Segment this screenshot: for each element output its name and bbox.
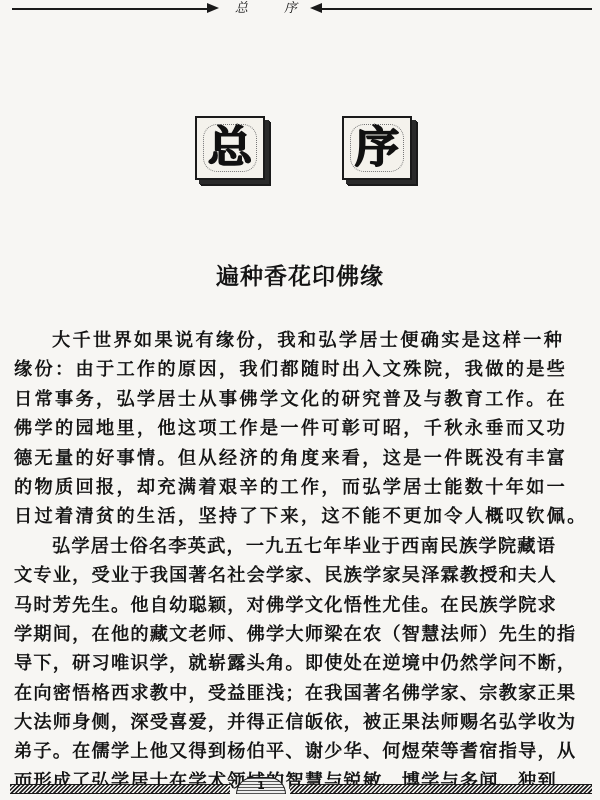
text-line: 德无量的好事情。但从经济的角度来看，这是一件既没有丰富 <box>14 444 586 473</box>
running-header: 总 序 <box>0 0 600 20</box>
text-line: 在向密悟格西求教中，受益匪浅；在我国著名佛学家、宗教家正果 <box>14 679 586 708</box>
page-footer: 1 <box>10 784 592 794</box>
section-block-xu: 序 <box>342 116 412 180</box>
text-line: 佛学的园地里，他这项工作是一件可彰可昭，千秋永垂而又功 <box>14 414 586 443</box>
section-block-zong: 总 <box>195 116 265 180</box>
block-outline <box>350 124 404 172</box>
text-line: 缘份：由于工作的原因，我们都随时出入文殊院，我做的是些 <box>14 355 586 384</box>
text-line: 弘学居士俗名李英武，一九五七年毕业于西南民族学院藏语 <box>14 532 586 561</box>
page-number: 1 <box>236 777 286 794</box>
arrow-right-icon <box>207 3 219 13</box>
body-text: 大千世界如果说有缘份，我和弘学居士便确实是这样一种 缘份：由于工作的原因，我们都… <box>14 326 586 796</box>
text-line: 学期间，在他的藏文老师、佛学大师梁在农（智慧法师）先生的指 <box>14 620 586 649</box>
block-outline <box>203 124 257 172</box>
footer-rule-left <box>10 784 230 794</box>
chapter-title: 遍种香花印佛缘 <box>0 258 600 291</box>
text-line: 日过着清贫的生活，坚持了下来，这不能不更加令人概叹钦佩。 <box>14 502 586 531</box>
header-rule-left <box>12 8 212 10</box>
text-line: 马时芳先生。他自幼聪颖，对佛学文化悟性尤佳。在民族学院求 <box>14 591 586 620</box>
text-line: 大千世界如果说有缘份，我和弘学居士便确实是这样一种 <box>14 326 586 355</box>
text-line: 大法师身侧，深受喜爱，并得正信皈依，被正果法师赐名弘学收为 <box>14 708 586 737</box>
text-line: 日常事务，弘学居士从事佛学文化的研究普及与教育工作。在 <box>14 385 586 414</box>
running-title: 总 序 <box>226 0 314 17</box>
text-line: 文专业，受业于我国著名社会学家、民族学家吴泽霖教授和夫人 <box>14 561 586 590</box>
text-line: 弟子。在儒学上他又得到杨伯平、谢少华、何煜荣等耆宿指导，从 <box>14 737 586 766</box>
text-line: 的物质回报，却充满着艰辛的工作，而弘学居士能数十年如一 <box>14 473 586 502</box>
text-line: 导下，研习唯识学，就崭露头角。即使处在逆境中仍然学问不断， <box>14 649 586 678</box>
footer-rule-right <box>290 784 592 794</box>
header-rule-right <box>316 8 592 10</box>
